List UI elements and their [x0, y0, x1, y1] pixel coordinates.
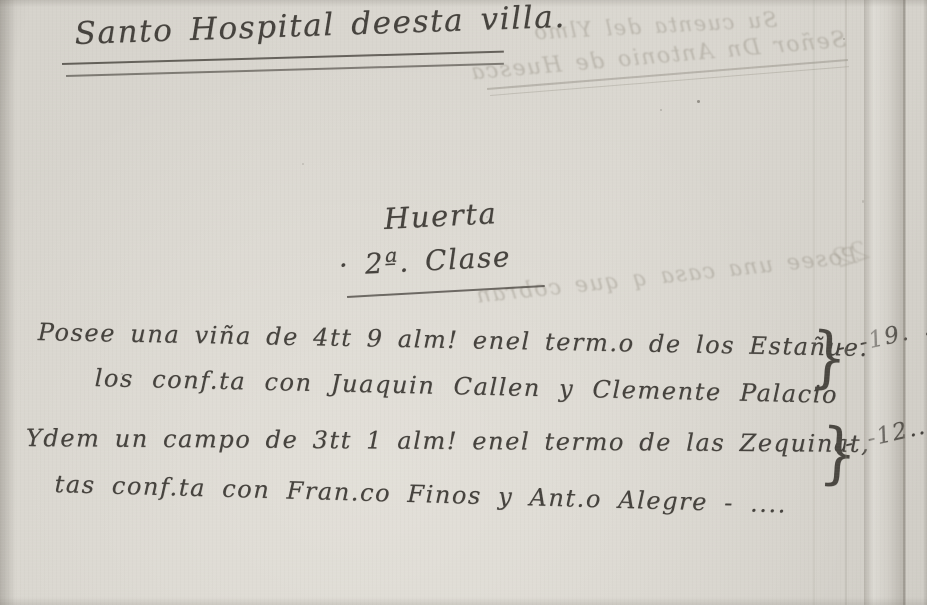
- page-edge-shading: [0, 597, 927, 605]
- entry-amount: - -12..11: [842, 406, 927, 457]
- paper-speck: [660, 109, 662, 111]
- fold-crease: [845, 0, 847, 605]
- fold-crease: [813, 0, 815, 605]
- page-edge-shading: [864, 0, 906, 605]
- page-edge-shading: [923, 0, 927, 605]
- entry-line: Posee una viña de 4tt 9 alm! enel term.o…: [37, 318, 868, 362]
- paper-speck: [862, 200, 864, 203]
- bleedthrough-line-middle: Posee una casa q que cobran: [508, 244, 859, 305]
- paper-speck: [697, 100, 700, 103]
- paper-speck: [121, 373, 123, 375]
- paper-speck: [843, 38, 845, 40]
- entry-line: los conf.ta con Juaquin Callen y Clement…: [94, 364, 838, 409]
- title-underline: [62, 51, 504, 65]
- paper-speck: [486, 216, 488, 218]
- entry-line: tas conf.ta con Fran.co Finos y Ant.o Al…: [54, 470, 787, 518]
- title-underline: [66, 63, 504, 77]
- bleedthrough-margin-mark: 22: [826, 235, 874, 277]
- class-heading: · 2ª. Clase: [338, 240, 512, 282]
- entry-line: Ydem un campo de 3tt 1 alm! enel termo d…: [26, 424, 871, 458]
- fold-crease: [903, 0, 905, 605]
- manuscript-page: Su cuenta del Ylmo Señor Dn Antonio de H…: [0, 0, 927, 605]
- page-edge-shading: [0, 0, 16, 605]
- paper-speck: [302, 163, 304, 165]
- section-heading: Huerta: [383, 196, 498, 236]
